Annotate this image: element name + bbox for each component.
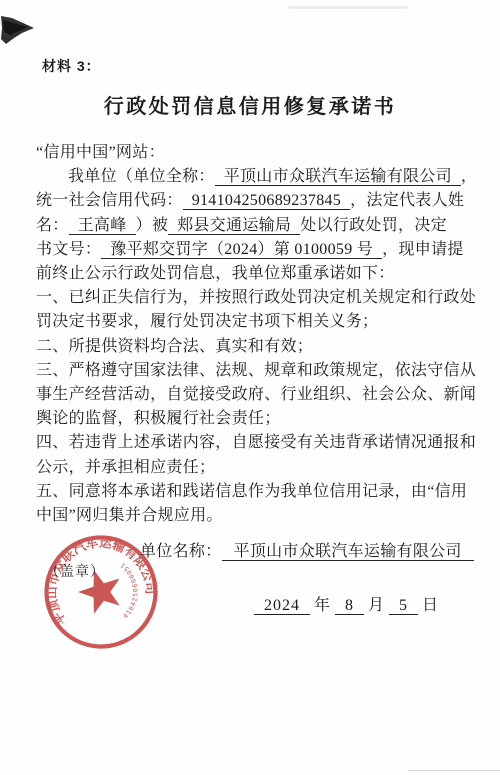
text-segment: ，法定代表人姓	[350, 192, 464, 209]
material-label: 材料 3：	[42, 56, 101, 76]
text-segment: 三、严格遵守国家法律、法规、规章和政策规定，依法守信从	[36, 362, 476, 379]
text-segment: 书文号：	[36, 241, 101, 258]
text-segment: 统一社会信用代码：	[36, 192, 183, 209]
document-line: 书文号：豫平郏交罚字（2024）第 0100059 号，现申请提	[36, 238, 472, 262]
date-day-field: 5	[389, 597, 418, 615]
company-name-label: 单位名称：	[140, 543, 222, 560]
filled-field: 914104250689237845	[183, 192, 350, 210]
text-segment: 前终止公示行政处罚信息，我单位郑重承诺如下：	[36, 265, 395, 282]
text-segment: 事生产经营活动，自觉接受政府、行业组织、社会公众、新闻	[36, 386, 476, 403]
text-segment: 一、已纠正失信行为，并按照行政处罚决定机关规定和行政处	[36, 289, 476, 306]
text-segment: 二、所提供资料均合法、真实和有效；	[36, 338, 313, 355]
filled-field: 平顶山市众联汽车运输有限公司	[215, 168, 461, 186]
text-segment: 处以行政处罚，决定	[300, 217, 447, 234]
filled-field: 郏县交通运输局	[168, 217, 300, 235]
document-line: 二、所提供资料均合法、真实和有效；	[36, 335, 472, 359]
text-segment: ，	[461, 168, 477, 185]
document-line: 中国”网归集并合规应用。	[36, 504, 472, 528]
text-segment: 罚决定书要求，履行处罚决定书项下相关义务；	[36, 313, 378, 330]
document-body: “信用中国”网站：我单位（单位全称：平顶山市众联汽车运输有限公司，统一社会信用代…	[36, 141, 472, 528]
text-segment: ）被	[136, 217, 169, 234]
document-line: 统一社会信用代码：914104250689237845，法定代表人姓	[36, 189, 472, 213]
company-name-field: 平顶山市众联汽车运输有限公司	[222, 543, 474, 561]
document-title: 行政处罚信息信用修复承诺书	[0, 90, 500, 119]
document-line: 舆论的监督，积极履行社会责任；	[36, 407, 472, 431]
document-line: 前终止公示行政处罚信息，我单位郑重承诺如下：	[36, 262, 472, 286]
document-line: 事生产经营活动，自觉接受政府、行业组织、社会公众、新闻	[36, 383, 472, 407]
filled-field: 豫平郏交罚字（2024）第 0100059 号	[101, 241, 382, 259]
scanned-document-page: { "page": { "material_label": "材料 3：", "…	[0, 0, 500, 775]
text-segment: 舆论的监督，积极履行社会责任；	[36, 410, 281, 427]
month-char: 月	[368, 597, 385, 614]
seal-placeholder-label: （盖章）	[45, 561, 105, 581]
text-segment: 五、同意将本承诺和践诺信息作为我单位信用记录，由“信用	[36, 483, 467, 500]
text-segment: 我单位（单位全称：	[68, 168, 215, 185]
year-char: 年	[314, 597, 331, 614]
signature-row: 单位名称：平顶山市众联汽车运输有限公司	[140, 538, 474, 561]
document-line: 我单位（单位全称：平顶山市众联汽车运输有限公司，	[36, 165, 472, 189]
document-line: 名：王高峰）被郏县交通运输局处以行政处罚，决定	[36, 214, 472, 238]
date-year-field: 2024	[254, 597, 310, 615]
filled-field: 王高峰	[69, 217, 136, 235]
document-line: 五、同意将本承诺和践诺信息作为我单位信用记录，由“信用	[36, 480, 472, 504]
text-segment: 公示，并承担相应责任；	[36, 459, 215, 476]
text-segment: ，现申请提	[382, 241, 464, 258]
text-segment: 名：	[36, 217, 69, 234]
date-row: 2024年8月5日	[254, 592, 443, 615]
document-line: 公示，并承担相应责任；	[36, 456, 472, 480]
day-char: 日	[422, 597, 439, 614]
text-segment: 四、若违背上述承诺内容，自愿接受有关违背承诺情况通报和	[36, 434, 476, 451]
text-segment: “信用中国”网站：	[36, 144, 165, 161]
document-line: 三、严格遵守国家法律、法规、规章和政策规定，依法守信从	[36, 359, 472, 383]
scan-corner-artifact	[0, 6, 40, 50]
text-segment: 中国”网归集并合规应用。	[36, 507, 223, 524]
document-line: “信用中国”网站：	[36, 141, 472, 165]
date-month-field: 8	[335, 597, 364, 615]
document-line: 一、已纠正失信行为，并按照行政处罚决定机关规定和行政处	[36, 286, 472, 310]
scan-edge-artifact	[408, 770, 500, 771]
document-line: 罚决定书要求，履行处罚决定书项下相关义务；	[36, 310, 472, 334]
document-line: 四、若违背上述承诺内容，自愿接受有关违背承诺情况通报和	[36, 431, 472, 455]
scan-smudge	[288, 6, 408, 9]
